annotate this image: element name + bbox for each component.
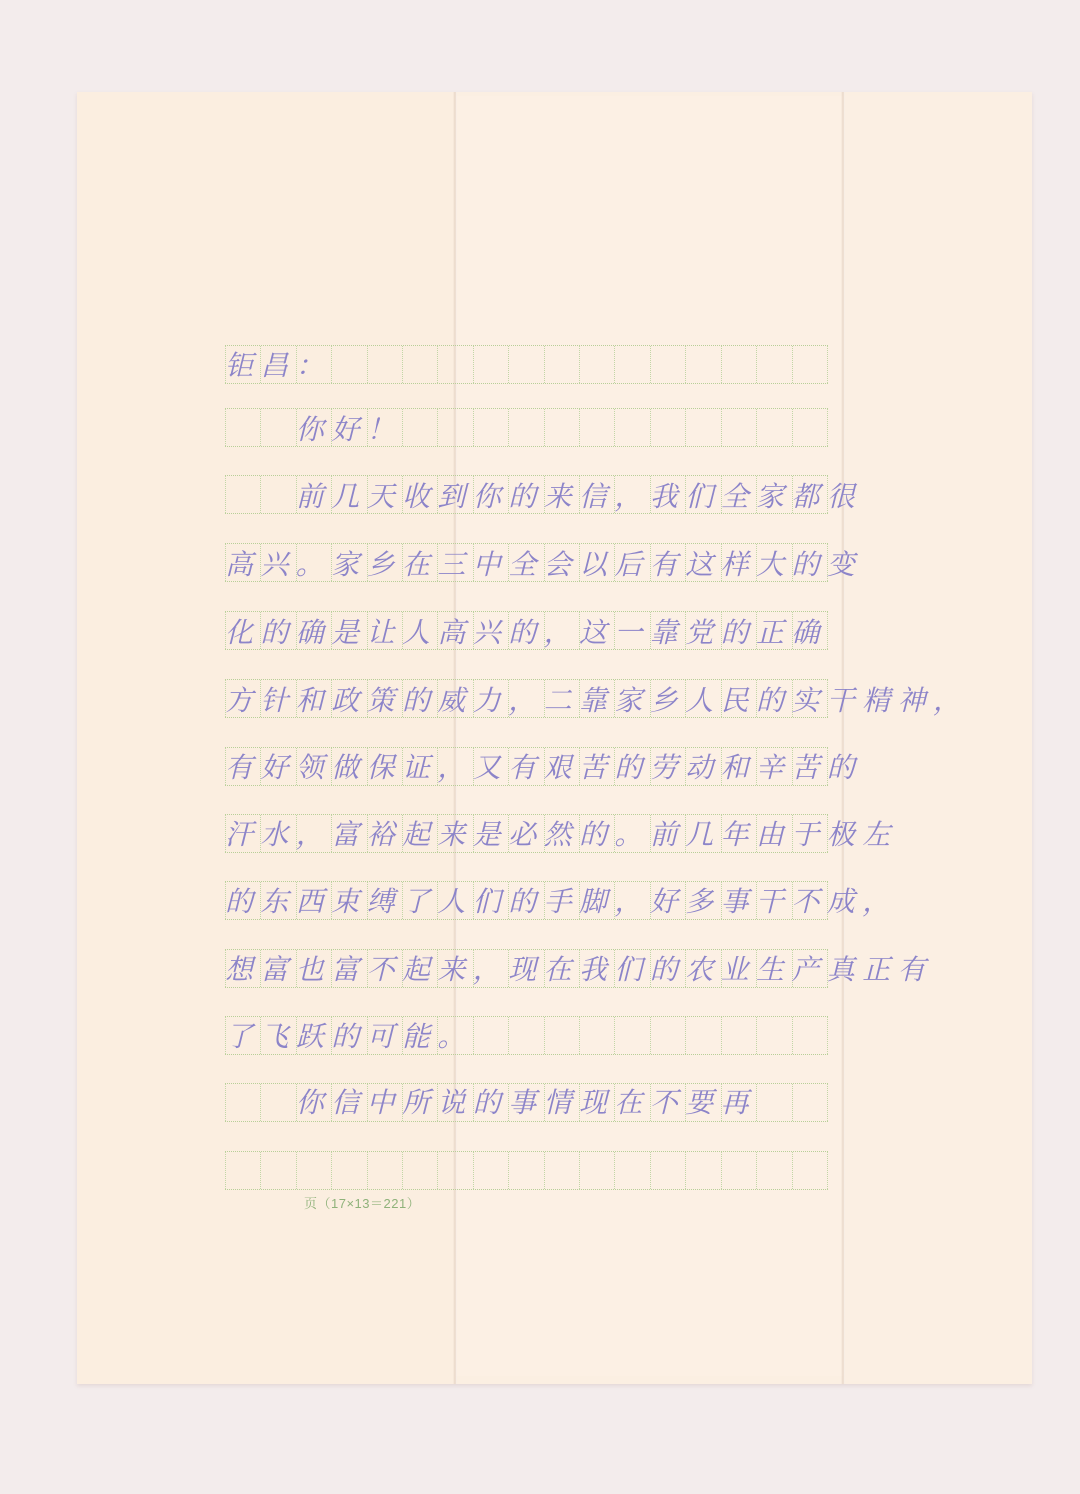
greeting: 你好！ bbox=[225, 410, 835, 450]
letter-line-4: 方针和政策的威力，二靠家乡人民的实干精神， bbox=[225, 681, 835, 721]
grid-cell bbox=[402, 1152, 437, 1189]
grid-cell bbox=[792, 1152, 828, 1189]
letter-line-5: 有好领做保证，又有艰苦的劳动和辛苦的 bbox=[225, 748, 835, 788]
letter-line-6: 汗水，富裕起来是必然的。前几年由于极左 bbox=[225, 815, 835, 855]
grid-cell bbox=[685, 1152, 720, 1189]
grid-cell bbox=[437, 1152, 472, 1189]
grid-cell bbox=[473, 1152, 508, 1189]
letter-line-2: 高兴。家乡在三中全会以后有这样大的变 bbox=[225, 545, 835, 585]
grid-cell bbox=[508, 1152, 543, 1189]
letter-line-8: 想富也富不起来，现在我们的农业生产真正有 bbox=[225, 950, 835, 990]
letter-line-9: 了飞跃的可能。 bbox=[225, 1017, 835, 1057]
grid-cell bbox=[650, 1152, 685, 1189]
letter-line-7: 的东西束缚了人们的手脚，好多事干不成， bbox=[225, 882, 835, 922]
grid-cell bbox=[579, 1152, 614, 1189]
grid-cell bbox=[260, 1152, 295, 1189]
grid-cell bbox=[544, 1152, 579, 1189]
grid-cell bbox=[756, 1152, 791, 1189]
grid-row bbox=[225, 1151, 828, 1190]
grid-cell bbox=[225, 1152, 260, 1189]
grid-cell bbox=[614, 1152, 649, 1189]
fold-crease-right bbox=[841, 92, 845, 1384]
letter-line-10: 你信中所说的事情现在不要再 bbox=[225, 1083, 835, 1123]
letter-line-3: 化的确是让人高兴的，这一靠党的正确 bbox=[225, 613, 835, 653]
letter-paper bbox=[77, 92, 1032, 1384]
grid-cell bbox=[296, 1152, 331, 1189]
paper-left-panel bbox=[77, 92, 455, 1384]
salutation: 钜昌： bbox=[225, 346, 835, 386]
page-format-note: 页（17×13＝221） bbox=[304, 1193, 420, 1212]
grid-cell bbox=[367, 1152, 402, 1189]
fold-crease-left bbox=[453, 92, 457, 1384]
letter-line-1: 前几天收到你的来信，我们全家都很 bbox=[225, 477, 835, 517]
paper-right-flap bbox=[843, 96, 1030, 1381]
grid-cell bbox=[331, 1152, 366, 1189]
grid-cell bbox=[721, 1152, 756, 1189]
